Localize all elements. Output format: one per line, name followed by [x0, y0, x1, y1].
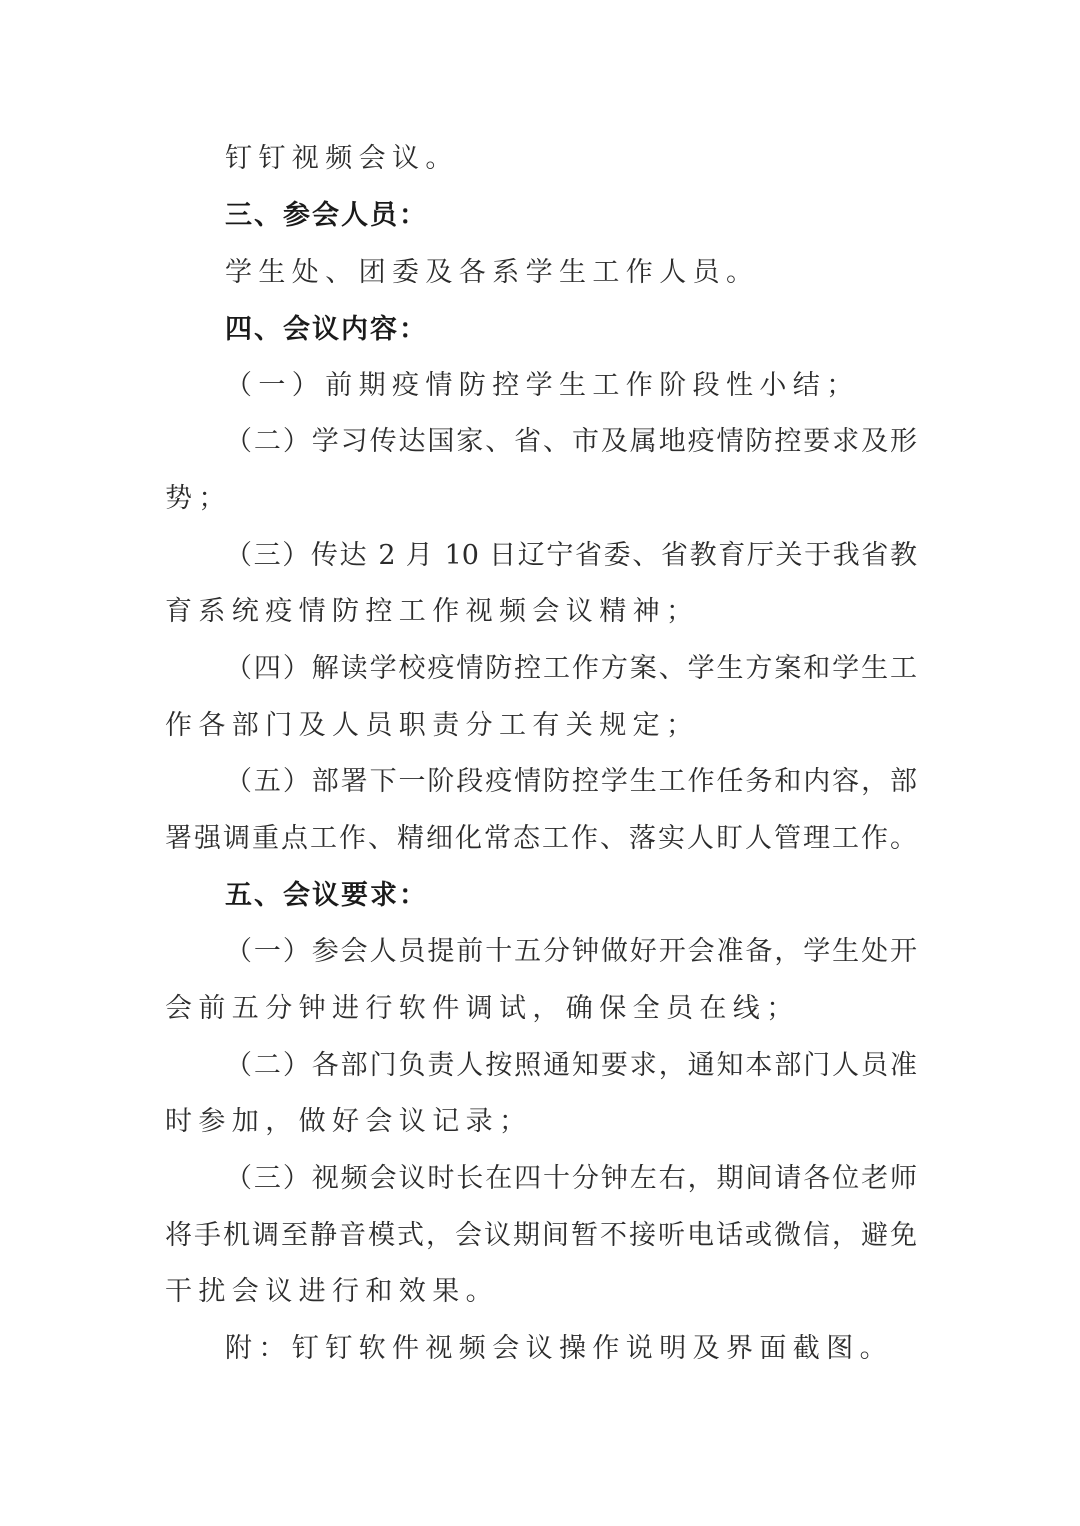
section-heading-content: 四、会议内容： — [225, 312, 917, 348]
requirement-item-3-line-1: （三）视频会议时长在四十分钟左右，期间请各位老师 — [225, 1161, 917, 1197]
attachment-note: 附：钉钉软件视频会议操作说明及界面截图。 — [225, 1331, 917, 1367]
content-item-5-line-1: （五）部署下一阶段疫情防控学生工作任务和内容，部 — [225, 764, 917, 800]
requirement-item-2-line-1: （二）各部门负责人按照通知要求，通知本部门人员准 — [225, 1048, 917, 1084]
content-item-2-line-1: （二）学习传达国家、省、市及属地疫情防控要求及形 — [225, 424, 917, 460]
content-item-2-line-2: 势； — [165, 481, 917, 517]
requirement-item-3-line-3: 干扰会议进行和效果。 — [165, 1274, 917, 1310]
content-item-1: （一）前期疫情防控学生工作阶段性小结； — [225, 368, 917, 404]
requirement-item-1-line-2: 会前五分钟进行软件调试，确保全员在线； — [165, 991, 917, 1027]
content-item-3-line-2: 育系统疫情防控工作视频会议精神； — [165, 594, 917, 630]
section-heading-requirements: 五、会议要求： — [225, 878, 917, 914]
paragraph-continuation: 钉钉视频会议。 — [225, 141, 917, 177]
attendees-text: 学生处、团委及各系学生工作人员。 — [225, 255, 917, 291]
requirement-item-2-line-2: 时参加，做好会议记录； — [165, 1104, 917, 1140]
content-item-3-line-1: （三）传达 2 月 10 日辽宁省委、省教育厅关于我省教 — [225, 538, 917, 574]
content-item-4-line-1: （四）解读学校疫情防控工作方案、学生方案和学生工 — [225, 651, 917, 687]
content-item-5-line-2: 署强调重点工作、精细化常态工作、落实人盯人管理工作。 — [165, 821, 917, 857]
requirement-item-3-line-2: 将手机调至静音模式，会议期间暂不接听电话或微信，避免 — [165, 1218, 917, 1254]
requirement-item-1-line-1: （一）参会人员提前十五分钟做好开会准备，学生处开 — [225, 934, 917, 970]
content-item-4-line-2: 作各部门及人员职责分工有关规定； — [165, 708, 917, 744]
section-heading-attendees: 三、参会人员： — [225, 198, 917, 234]
document-page: 钉钉视频会议。 三、参会人员： 学生处、团委及各系学生工作人员。 四、会议内容：… — [0, 0, 1080, 1526]
